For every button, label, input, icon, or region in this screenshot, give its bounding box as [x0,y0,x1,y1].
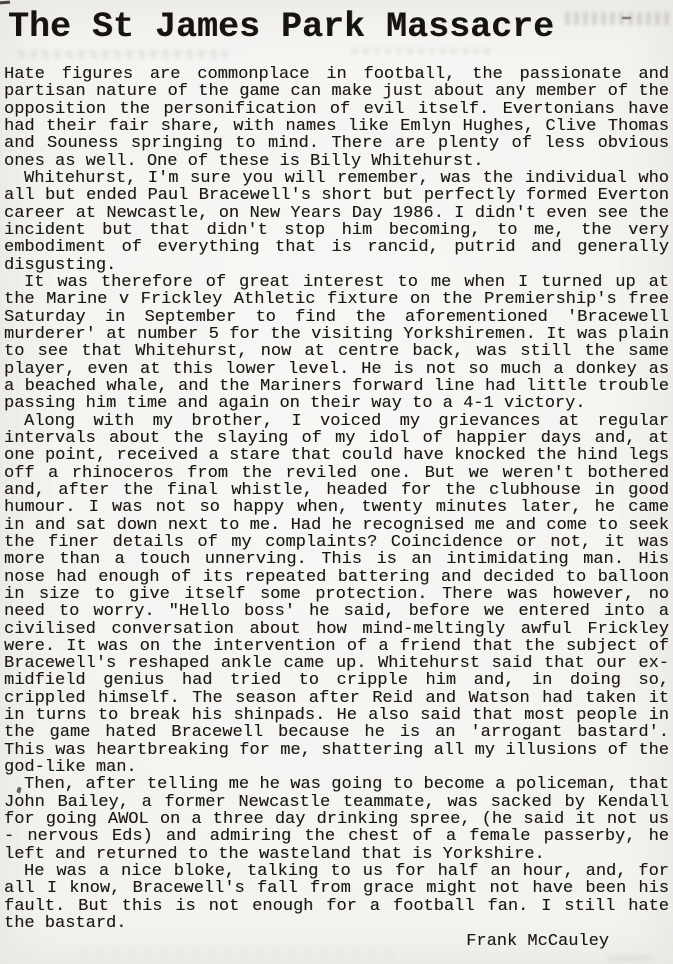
text-line: humour. I was not so happy when, twenty … [4,499,669,516]
scan-bleedthrough-artifact [352,47,492,55]
text-line: crippled himself. The season after Reid … [4,690,669,707]
text-line: - nervous Eds) and admiring the chest of… [4,828,669,845]
scan-smudge-artifact [80,951,400,958]
text-line: passing him time and again on their way … [4,395,669,412]
text-line: murderer' at number 5 for the visiting Y… [4,326,669,343]
text-line: more than a touch unnerving. This is an … [4,551,669,568]
text-line: in turns to break his shinpads. He also … [4,707,669,724]
text-line: god-like man. [4,759,669,776]
text-line: nose had enough of its repeated batterin… [4,569,669,586]
text-line: This was heartbreaking for me, shatterin… [4,742,669,759]
text-line: intervals about the slaying of my idol o… [4,430,669,447]
text-line: the Marine v Frickley Athletic fixture o… [4,291,669,308]
text-line: player, even at this lower level. He is … [4,361,669,378]
text-line: incident but that didn't stop him becomi… [4,222,669,239]
text-line: fault. But this is not enough for a foot… [4,898,669,915]
text-line: partisan nature of the game can make jus… [4,83,669,100]
text-line: career at Newcastle, on New Years Day 19… [4,205,669,222]
text-line: were. It was on the intervention of a fr… [4,638,669,655]
text-line: Whitehurst, I'm sure you will remember, … [4,170,669,187]
text-line: off a rhinoceros from the reviled one. B… [4,465,669,482]
text-line: all I know, Bracewell's fall from grace … [4,880,669,897]
text-line: had their fair share, with names like Em… [4,118,669,135]
text-line: Then, after telling me he was going to b… [4,776,669,793]
text-line: left and returned to the wasteland that … [4,846,669,863]
text-line: embodiment of everything that is rancid,… [4,239,669,256]
article-body: Hate figures are commonplace in football… [4,66,669,932]
text-line: opposition the personification of evil i… [4,101,669,118]
text-line: all but ended Paul Bracewell's short but… [4,187,669,204]
text-line: the bastard. [4,915,669,932]
text-line: need to worry. "Hello boss' he said, bef… [4,603,669,620]
text-line: the game hated Bracewell because he is a… [4,724,669,741]
text-line: and, after the final whistle, headed for… [4,482,669,499]
scan-corner-mark [0,1,10,5]
text-line: Saturday in September to find the aforem… [4,309,669,326]
text-line: Along with my brother, I voiced my griev… [4,413,669,430]
text-line: It was therefore of great interest to me… [4,274,669,291]
text-line: to see that Whitehurst, now at centre ba… [4,343,669,360]
text-line: the finer details of my complaints? Coin… [4,534,669,551]
text-line: Hate figures are commonplace in football… [4,66,669,83]
text-line: one point, received a stare that could h… [4,447,669,464]
scan-bleedthrough-artifact [565,12,669,25]
scanned-article-page: The St James Park Massacre Hate figures … [0,0,673,964]
text-line: midfield genius had tried to cripple him… [4,672,669,689]
text-line: civilised conversation about how mind-me… [4,621,669,638]
text-line: a beached whale, and the Mariners forwar… [4,378,669,395]
text-line: Bracewell's reshaped ankle came up. Whit… [4,655,669,672]
article-title: The St James Park Massacre [8,6,554,48]
text-line: He was a nice bloke, talking to us for h… [4,863,669,880]
scan-smudge-artifact [608,955,650,961]
scan-dash-artifact [622,17,631,19]
text-line: in and sat down next to me. Had he recog… [4,517,669,534]
scan-bleedthrough-artifact [18,50,228,58]
text-line: in size to give itself some protection. … [4,586,669,603]
text-line: and Souness springing to mind. There are… [4,135,669,152]
text-line: disgusting. [4,257,669,274]
text-line: for going AWOL on a three day drinking s… [4,811,669,828]
text-line: ones as well. One of these is Billy Whit… [4,153,669,170]
text-line: John Bailey, a former Newcastle teammate… [4,794,669,811]
author-signature: Frank McCauley [466,933,609,950]
